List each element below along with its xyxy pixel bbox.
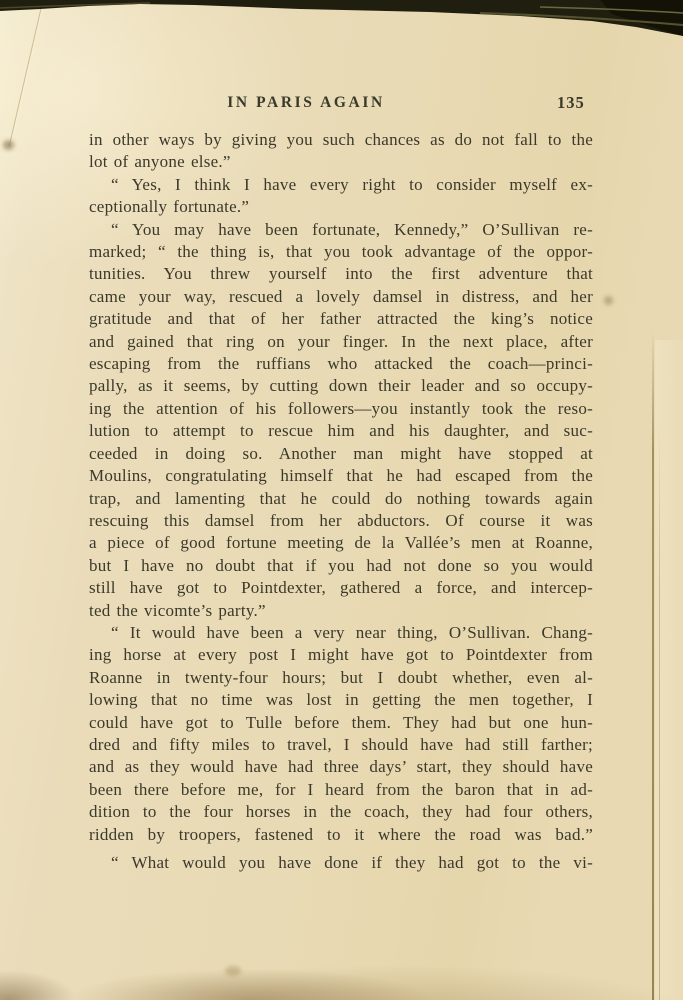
text-line: but I have no doubt that if you had not … [89,555,593,577]
text-line: in other ways by giving you such chances… [89,129,593,151]
text-line: could have got to Tulle before them. The… [89,712,593,734]
page-number: 135 [557,93,585,113]
text-line: and gained that ring on your finger. In … [89,331,593,353]
text-line: ceeded in doing so. Another man might ha… [89,443,593,465]
text-line: lowing that no time was lost in getting … [89,689,593,711]
text-line: Moulins, congratulating himself that he … [89,465,593,487]
running-header-title: IN PARIS AGAIN [227,94,385,112]
text-line: marked; “ the thing is, that you took ad… [89,241,593,263]
text-line: ing the attention of his followers—you i… [89,398,593,420]
text-line: escaping from the ruffians who attacked … [89,353,593,375]
paper-blemish [225,966,241,976]
text-line: Roanne in twenty-four hours; but I doubt… [89,667,593,689]
text-line: “ What would you have done if they had g… [89,852,593,874]
paper-blemish [604,296,613,305]
scan-dark-top-edge [0,0,683,42]
text-line: rescuing this damsel from her abductors.… [89,510,593,532]
text-line: trap, and lamenting that he could do not… [89,488,593,510]
text-line: dition to the four horses in the coach, … [89,801,593,823]
text-line: ceptionally fortunate.” [89,196,593,218]
text-line: lot of anyone else.” [89,151,593,173]
text-line: and as they would have had three days’ s… [89,756,593,778]
text-line: ted the vicomte’s party.” [89,600,593,622]
page-edge-line [659,420,660,1000]
scanned-book-page: IN PARIS AGAIN 135 in other ways by givi… [0,0,683,1000]
text-line: pally, as it seems, by cutting down thei… [89,375,593,397]
page-edge-line [652,330,654,1000]
text-line: a piece of good fortune meeting de la Va… [89,532,593,554]
text-line: been there before me, for I heard from t… [89,779,593,801]
paper-blemish [3,140,14,150]
text-line: ridden by troopers, fastened to it where… [89,824,593,846]
text-line: dred and fifty miles to travel, I should… [89,734,593,756]
text-line: still have got to Pointdexter, gathered … [89,577,593,599]
text-line: “ You may have been fortunate, Kennedy,”… [89,219,593,241]
text-line: came your way, rescued a lovely damsel i… [89,286,593,308]
text-line: “ Yes, I think I have every right to con… [89,174,593,196]
text-line: ing horse at every post I might have got… [89,644,593,666]
page-body: in other ways by giving you such chances… [89,129,593,874]
text-line: tunities. You threw yourself into the fi… [89,263,593,285]
text-line: “ It would have been a very near thing, … [89,622,593,644]
text-line: gratitude and that of her father attract… [89,308,593,330]
text-line: lution to attempt to rescue him and his … [89,420,593,442]
